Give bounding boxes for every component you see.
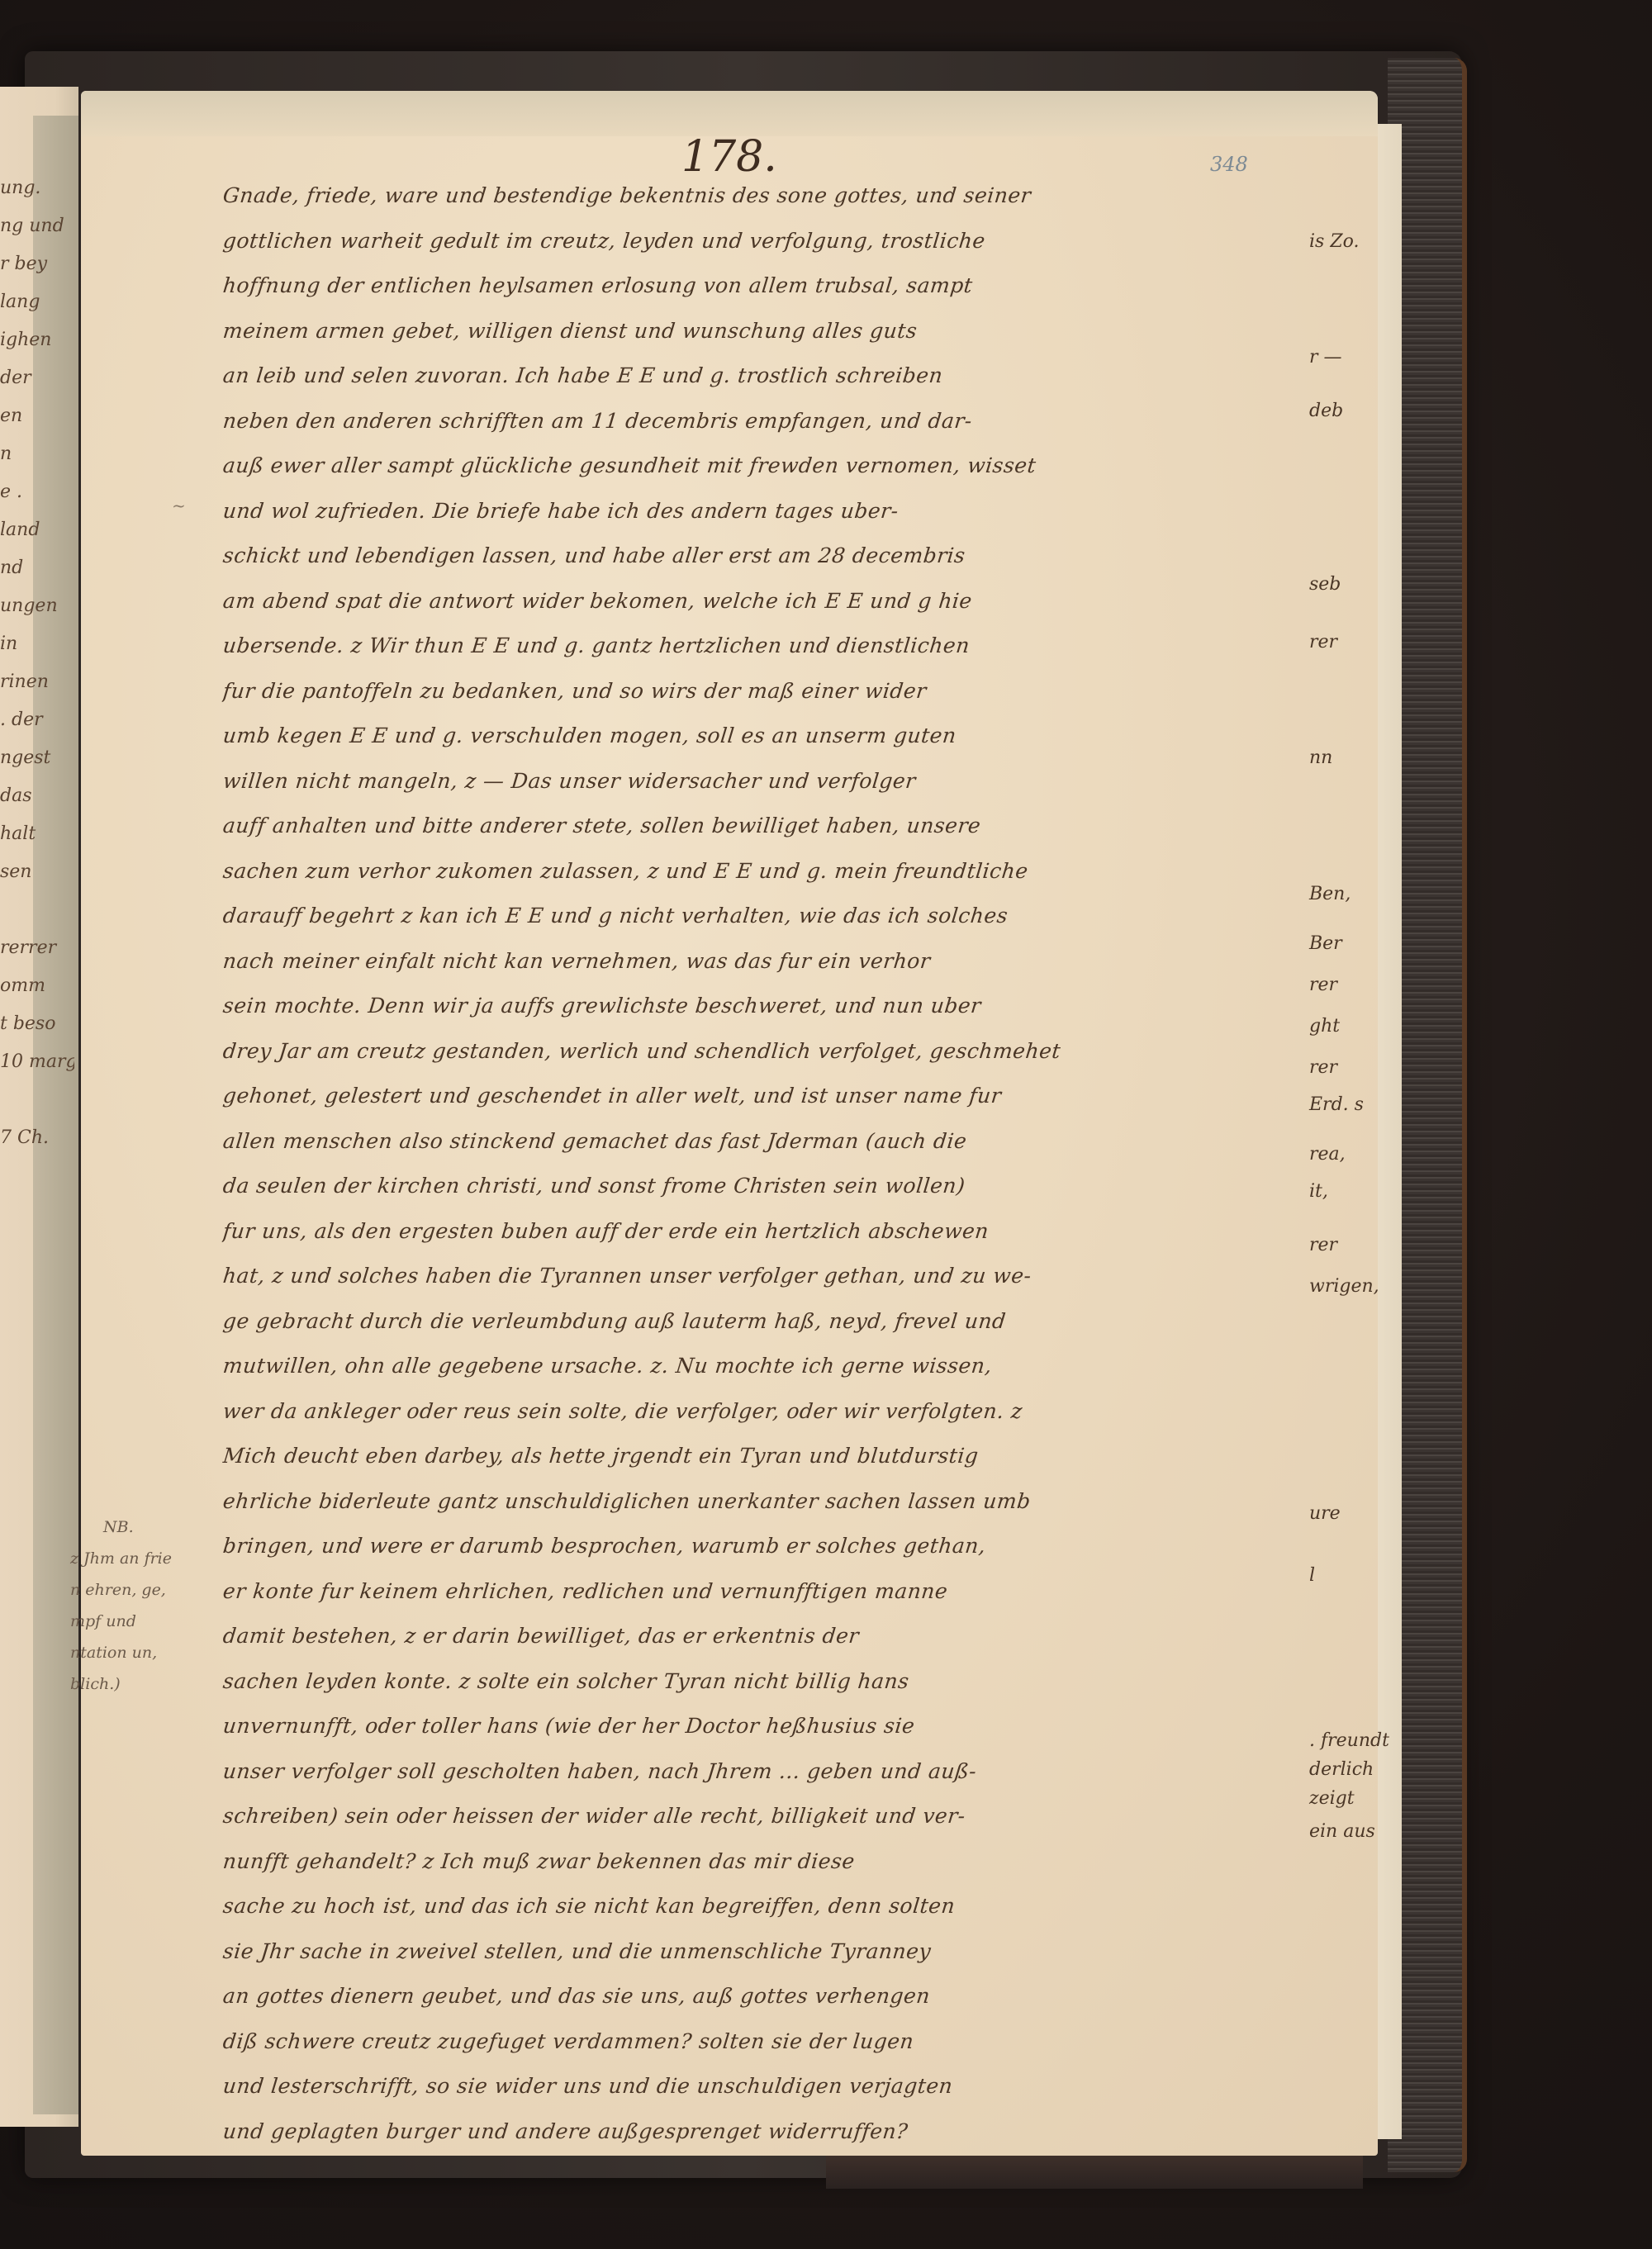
manuscript-line: Gnade, friede, ware und bestendige beken… xyxy=(221,173,1316,219)
manuscript-line: drey Jar am creutz gestanden, werlich un… xyxy=(221,1029,1316,1075)
manuscript-line: hat, z und solches haben die Tyrannen un… xyxy=(221,1254,1316,1299)
manuscript-line: am abend spat die antwort wider bekomen,… xyxy=(221,579,1316,624)
right-margin-fragment: . freundt xyxy=(1309,1730,1389,1751)
right-margin-fragment: it, xyxy=(1309,1181,1328,1202)
manuscript-line: auff anhalten und bitte anderer stete, s… xyxy=(221,804,1316,849)
right-margin-fragment: rer xyxy=(1309,632,1337,652)
right-margin-fragment: rer xyxy=(1309,975,1337,995)
manuscript-line: nach meiner einfalt nicht kan vernehmen,… xyxy=(221,939,1316,985)
right-margin-fragment: is Zo. xyxy=(1309,231,1359,252)
right-margin-fragment: Erd. s xyxy=(1309,1094,1364,1115)
manuscript-line: ehrliche biderleute gantz unschuldiglich… xyxy=(221,1479,1316,1525)
left-margin-fragment: das xyxy=(0,777,74,815)
right-margin-fragment: nn xyxy=(1309,747,1332,768)
left-margin-fragment: lang xyxy=(0,283,74,321)
left-margin-fragment: ngest xyxy=(0,739,74,777)
right-margin-fragment: deb xyxy=(1309,401,1343,421)
manuscript-line: und lesterschrifft, so sie wider uns und… xyxy=(221,2064,1316,2109)
manuscript-line: sie Jhr sache in zweivel stellen, und di… xyxy=(221,1929,1316,1975)
manuscript-line: hoffnung der entlichen heylsamen erlosun… xyxy=(221,263,1316,309)
manuscript-line: mutwillen, ohn alle gegebene ursache. z.… xyxy=(221,1344,1316,1389)
manuscript-line: an leib und selen zuvoran. Ich habe E E … xyxy=(221,353,1316,399)
manuscript-line: schickt und lebendigen lassen, und habe … xyxy=(221,534,1316,579)
manuscript-body-text: Gnade, friede, ware und bestendige beken… xyxy=(223,173,1313,2154)
left-margin-fragment: nd xyxy=(0,549,74,587)
right-margin-fragment: ght xyxy=(1309,1016,1340,1037)
left-margin-fragment xyxy=(0,891,74,929)
marginal-note: NB. z Jhm an frie n ehren, ge, mpf und n… xyxy=(70,1511,227,1700)
right-margin-fragment: wrigen, xyxy=(1309,1276,1379,1297)
manuscript-line: wer da ankleger oder reus sein solte, di… xyxy=(221,1389,1316,1435)
manuscript-line: ubersende. z Wir thun E E und g. gantz h… xyxy=(221,624,1316,669)
manuscript-line: darauff begehrt z kan ich E E und g nich… xyxy=(221,894,1316,939)
left-margin-fragments: ung.ng undr beylangighenderenne .landndu… xyxy=(0,169,74,1157)
right-margin-fragment: l xyxy=(1309,1565,1315,1586)
left-margin-fragment: ighen xyxy=(0,321,74,359)
right-margin-fragment: ure xyxy=(1309,1503,1341,1524)
left-margin-fragment: t beso xyxy=(0,1005,74,1043)
right-margin-fragment: seb xyxy=(1309,574,1341,595)
right-margin-fragment: derlich xyxy=(1309,1759,1374,1780)
left-margin-fragment: ng und xyxy=(0,207,74,245)
manuscript-line: damit bestehen, z er darin bewilliget, d… xyxy=(221,1614,1316,1659)
right-margin-fragment: Ber xyxy=(1309,933,1342,954)
right-margin-fragment: rer xyxy=(1309,1057,1337,1078)
note-line: mpf und xyxy=(70,1606,227,1637)
left-margin-fragment: 10 marg xyxy=(0,1043,74,1081)
left-margin-fragment: e . xyxy=(0,473,74,511)
binding-damage xyxy=(826,2156,1363,2189)
right-margin-fragment: ein aus xyxy=(1309,1821,1375,1842)
right-margin-fragment: rea, xyxy=(1309,1144,1346,1165)
manuscript-line: fur die pantoffeln zu bedanken, und so w… xyxy=(221,669,1316,714)
left-margin-fragment: 7 Ch. xyxy=(0,1119,74,1157)
manuscript-line: sache zu hoch ist, und das ich sie nicht… xyxy=(221,1884,1316,1929)
note-line: blich.) xyxy=(70,1668,227,1700)
left-margin-fragment xyxy=(0,1081,74,1119)
note-line: z Jhm an frie xyxy=(70,1543,227,1574)
left-margin-fragment: rinen xyxy=(0,663,74,701)
manuscript-line: unvernunfft, oder toller hans (wie der h… xyxy=(221,1704,1316,1749)
left-margin-fragment: in xyxy=(0,625,74,663)
left-margin-fragment: ung. xyxy=(0,169,74,207)
marginal-mark: ~ xyxy=(172,496,186,515)
note-line: ntation un, xyxy=(70,1637,227,1668)
manuscript-line: bringen, und were er darumb besprochen, … xyxy=(221,1524,1316,1569)
manuscript-line: diß schwere creutz zugefuget verdammen? … xyxy=(221,2019,1316,2065)
manuscript-line: fur uns, als den ergesten buben auff der… xyxy=(221,1209,1316,1255)
manuscript-line: er konte fur keinem ehrlichen, redlichen… xyxy=(221,1569,1316,1615)
manuscript-line: sachen zum verhor zukomen zulassen, z un… xyxy=(221,849,1316,894)
left-margin-fragment: omm xyxy=(0,967,74,1005)
manuscript-line: an gottes dienern geubet, und das sie un… xyxy=(221,1974,1316,2019)
manuscript-line: nunfft gehandelt? z Ich muß zwar bekenne… xyxy=(221,1839,1316,1885)
left-margin-fragment: rerrer xyxy=(0,929,74,967)
manuscript-line: Mich deucht eben darbey, als hette jrgen… xyxy=(221,1434,1316,1479)
manuscript-line: neben den anderen schrifften am 11 decem… xyxy=(221,399,1316,444)
note-mark: NB. xyxy=(70,1511,227,1543)
note-line: n ehren, ge, xyxy=(70,1574,227,1606)
manuscript-line: unser verfolger soll gescholten haben, n… xyxy=(221,1749,1316,1795)
right-margin-fragment: zeigt xyxy=(1309,1788,1355,1809)
manuscript-line: meinem armen gebet, willigen dienst und … xyxy=(221,309,1316,354)
manuscript-line: ge gebracht durch die verleumbdung auß l… xyxy=(221,1299,1316,1345)
manuscript-line: gehonet, gelestert und geschendet in all… xyxy=(221,1074,1316,1119)
left-margin-fragment: ungen xyxy=(0,587,74,625)
left-margin-fragment: sen xyxy=(0,853,74,891)
right-margin-fragment: r — xyxy=(1309,347,1342,368)
manuscript-line: auß ewer aller sampt glückliche gesundhe… xyxy=(221,444,1316,489)
left-margin-fragment: halt xyxy=(0,815,74,853)
manuscript-line: und geplagten burger und andere außgespr… xyxy=(221,2109,1316,2155)
left-margin-fragment: land xyxy=(0,511,74,549)
folio-number-pencil: 348 xyxy=(1210,153,1248,176)
left-margin-fragment: der xyxy=(0,359,74,397)
manuscript-line: sachen leyden konte. z solte ein solcher… xyxy=(221,1659,1316,1705)
manuscript-line: sein mochte. Denn wir ja auffs grewlichs… xyxy=(221,984,1316,1029)
left-margin-fragment: en xyxy=(0,397,74,435)
manuscript-line: da seulen der kirchen christi, und sonst… xyxy=(221,1164,1316,1209)
manuscript-line: schreiben) sein oder heissen der wider a… xyxy=(221,1794,1316,1839)
manuscript-line: gottlichen warheit gedult im creutz, ley… xyxy=(221,219,1316,264)
manuscript-line: allen menschen also stinckend gemachet d… xyxy=(221,1119,1316,1165)
left-margin-fragment: n xyxy=(0,435,74,473)
right-margin-fragment: rer xyxy=(1309,1235,1337,1255)
left-margin-fragment: r bey xyxy=(0,245,74,283)
left-margin-fragment: . der xyxy=(0,701,74,739)
manuscript-line: umb kegen E E und g. verschulden mogen, … xyxy=(221,714,1316,759)
right-margin-fragment: Ben, xyxy=(1309,884,1351,904)
manuscript-line: willen nicht mangeln, z — Das unser wide… xyxy=(221,759,1316,804)
manuscript-line: und wol zufrieden. Die briefe habe ich d… xyxy=(221,489,1316,534)
